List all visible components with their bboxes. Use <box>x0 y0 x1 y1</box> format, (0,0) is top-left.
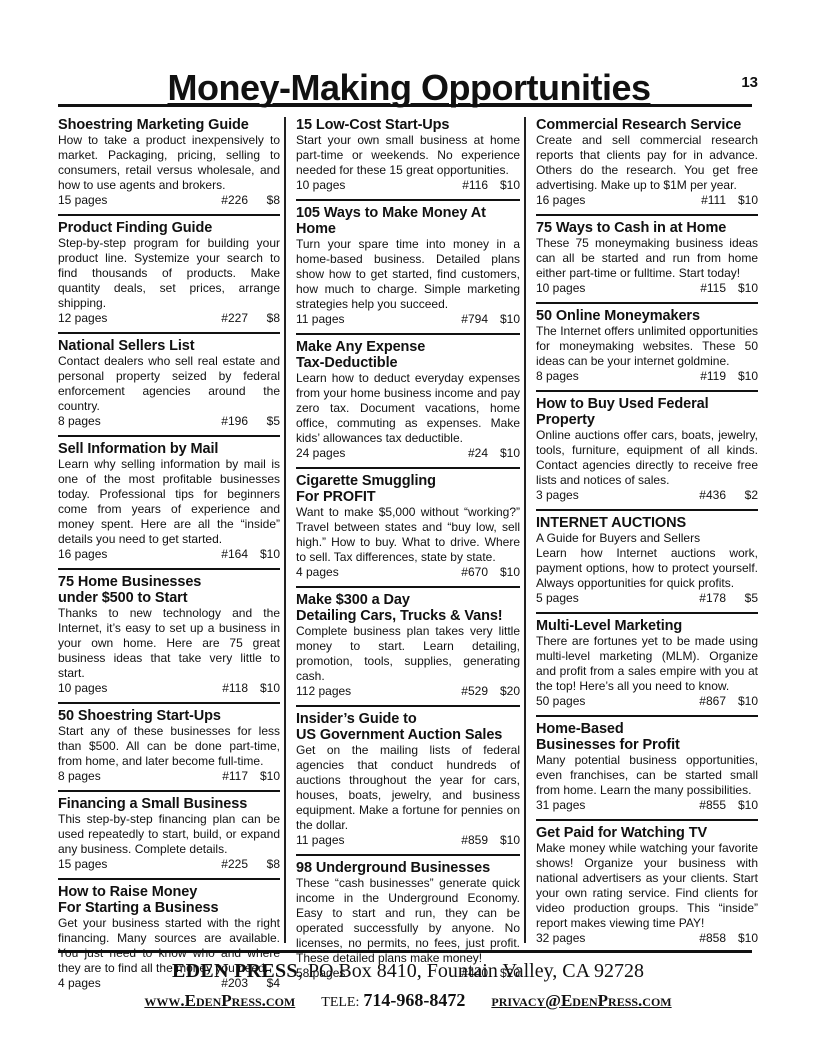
item-title: Multi-Level Marketing <box>536 618 758 634</box>
item-title: 75 Home Businesses under $500 to Start <box>58 574 280 606</box>
item-description: Make money while watching your favorite … <box>536 841 758 931</box>
item-price: $10 <box>726 369 758 384</box>
item-description: Many potential business opportunities, e… <box>536 753 758 798</box>
item-code: #855 <box>678 798 726 813</box>
catalog-item: 50 Online Moneymakers The Internet offer… <box>536 308 758 392</box>
item-code: #116 <box>440 178 488 193</box>
item-title: Commercial Research Service <box>536 117 758 133</box>
item-code: #117 <box>200 769 248 784</box>
item-meta: 12 pages #227 $8 <box>58 311 280 326</box>
item-description: Start any of these businesses for less t… <box>58 724 280 769</box>
item-price: $10 <box>488 312 520 327</box>
item-description: Get on the mailing lists of federal agen… <box>296 743 520 833</box>
item-page-count: 15 pages <box>58 857 200 872</box>
item-code: #529 <box>440 684 488 699</box>
catalog-item: Insider’s Guide to US Government Auction… <box>296 711 520 856</box>
item-code: #858 <box>678 931 726 946</box>
item-page-count: 24 pages <box>296 446 440 461</box>
column-2: 15 Low-Cost Start-Ups Start your own sma… <box>280 115 520 947</box>
item-description: How to take a product inexpensively to m… <box>58 133 280 193</box>
item-description: Complete business plan takes very little… <box>296 624 520 684</box>
item-page-count: 8 pages <box>536 369 678 384</box>
item-description: Turn your spare time into money in a hom… <box>296 237 520 312</box>
item-description: Contact dealers who sell real estate and… <box>58 354 280 414</box>
item-price: $10 <box>488 178 520 193</box>
item-page-count: 16 pages <box>536 193 678 208</box>
item-page-count: 15 pages <box>58 193 200 208</box>
item-title: Financing a Small Business <box>58 796 280 812</box>
item-price: $10 <box>248 769 280 784</box>
item-meta: 24 pages #24 $10 <box>296 446 520 461</box>
item-price: $2 <box>726 488 758 503</box>
page-title: Money-Making Opportunities <box>58 70 760 106</box>
item-meta: 5 pages #178 $5 <box>536 591 758 606</box>
catalog-item: Home-Based Businesses for Profit Many po… <box>536 721 758 821</box>
item-page-count: 5 pages <box>536 591 678 606</box>
item-title: Get Paid for Watching TV <box>536 825 758 841</box>
item-price: $8 <box>248 311 280 326</box>
catalog-item: Get Paid for Watching TV Make money whil… <box>536 825 758 952</box>
item-title: 105 Ways to Make Money At Home <box>296 205 520 237</box>
catalog-item: Cigarette Smuggling For PROFIT Want to m… <box>296 473 520 588</box>
item-title: Home-Based Businesses for Profit <box>536 721 758 753</box>
item-description: Learn how Internet auctions work, paymen… <box>536 546 758 591</box>
item-meta: 8 pages #119 $10 <box>536 369 758 384</box>
publisher-address-line: EDEN PRESS, PO Box 8410, Fountain Valley… <box>0 958 816 984</box>
item-code: #859 <box>440 833 488 848</box>
item-meta: 4 pages #670 $10 <box>296 565 520 580</box>
item-description: Learn why selling information by mail is… <box>58 457 280 547</box>
item-description: There are fortunes yet to be made using … <box>536 634 758 694</box>
item-meta: 11 pages #794 $10 <box>296 312 520 327</box>
item-meta: 3 pages #436 $2 <box>536 488 758 503</box>
catalog-item: 75 Home Businesses under $500 to Start T… <box>58 574 280 704</box>
item-code: #867 <box>678 694 726 709</box>
publisher-contact-line: www.EdenPress.com TELE: 714-968-8472 pri… <box>0 987 816 1016</box>
item-price: $10 <box>488 833 520 848</box>
item-title: Product Finding Guide <box>58 220 280 236</box>
catalog-item: Make $300 a Day Detailing Cars, Trucks &… <box>296 592 520 707</box>
item-description: These 75 moneymaking business ideas can … <box>536 236 758 281</box>
catalog-item: Financing a Small Business This step-by-… <box>58 796 280 880</box>
item-title: Make Any Expense Tax-Deductible <box>296 339 520 371</box>
item-description: Thanks to new technology and the Interne… <box>58 606 280 681</box>
phone-label: TELE: <box>321 995 359 1010</box>
publisher-name: EDEN PRESS <box>172 960 298 982</box>
column-3: Commercial Research Service Create and s… <box>520 115 758 947</box>
website-link[interactable]: www.EdenPress.com <box>144 991 295 1010</box>
item-page-count: 3 pages <box>536 488 678 503</box>
item-page-count: 16 pages <box>58 547 200 562</box>
column-1: Shoestring Marketing Guide How to take a… <box>58 115 280 947</box>
item-code: #118 <box>200 681 248 696</box>
item-code: #111 <box>678 193 726 208</box>
catalog-item: 15 Low-Cost Start-Ups Start your own sma… <box>296 117 520 201</box>
item-code: #670 <box>440 565 488 580</box>
item-code: #226 <box>200 193 248 208</box>
item-title: 50 Online Moneymakers <box>536 308 758 324</box>
item-price: $10 <box>488 565 520 580</box>
item-description: Start your own small business at home pa… <box>296 133 520 178</box>
item-title: National Sellers List <box>58 338 280 354</box>
item-title: 98 Underground Businesses <box>296 860 520 876</box>
item-meta: 112 pages #529 $20 <box>296 684 520 699</box>
item-code: #227 <box>200 311 248 326</box>
item-page-count: 8 pages <box>58 414 200 429</box>
item-page-count: 112 pages <box>296 684 440 699</box>
catalog-item: National Sellers List Contact dealers wh… <box>58 338 280 437</box>
item-code: #436 <box>678 488 726 503</box>
item-price: $10 <box>726 193 758 208</box>
item-description: Online auctions offer cars, boats, jewel… <box>536 428 758 488</box>
item-code: #24 <box>440 446 488 461</box>
item-code: #115 <box>678 281 726 296</box>
footer-rule <box>58 950 752 953</box>
item-code: #119 <box>678 369 726 384</box>
item-page-count: 10 pages <box>296 178 440 193</box>
catalog-item: Product Finding Guide Step-by-step progr… <box>58 220 280 334</box>
item-title: Insider’s Guide to US Government Auction… <box>296 711 520 743</box>
item-description: Learn how to deduct everyday expenses fr… <box>296 371 520 446</box>
item-code: #225 <box>200 857 248 872</box>
item-title: Shoestring Marketing Guide <box>58 117 280 133</box>
item-price: $10 <box>726 931 758 946</box>
item-page-count: 50 pages <box>536 694 678 709</box>
catalog-item: Sell Information by Mail Learn why selli… <box>58 441 280 570</box>
item-description: Step-by-step program for building your p… <box>58 236 280 311</box>
item-page-count: 12 pages <box>58 311 200 326</box>
item-price: $10 <box>488 446 520 461</box>
item-description: The Internet offers unlimited opportunit… <box>536 324 758 369</box>
item-price: $10 <box>248 547 280 562</box>
catalog-item: Shoestring Marketing Guide How to take a… <box>58 117 280 216</box>
header-rule <box>58 104 752 107</box>
catalog-item: Commercial Research Service Create and s… <box>536 117 758 216</box>
catalog-item: 50 Shoestring Start-Ups Start any of the… <box>58 708 280 792</box>
item-price: $10 <box>726 694 758 709</box>
item-price: $8 <box>248 857 280 872</box>
item-price: $8 <box>248 193 280 208</box>
item-price: $5 <box>248 414 280 429</box>
item-meta: 31 pages #855 $10 <box>536 798 758 813</box>
item-description: This step-by-step financing plan can be … <box>58 812 280 857</box>
item-title: INTERNET AUCTIONS <box>536 515 758 531</box>
item-title: 75 Ways to Cash in at Home <box>536 220 758 236</box>
item-title: How to Buy Used Federal Property <box>536 396 758 428</box>
item-meta: 32 pages #858 $10 <box>536 931 758 946</box>
item-meta: 16 pages #111 $10 <box>536 193 758 208</box>
catalog-item: INTERNET AUCTIONS A Guide for Buyers and… <box>536 515 758 614</box>
item-description: Create and sell commercial research repo… <box>536 133 758 193</box>
catalog-item: Multi-Level Marketing There are fortunes… <box>536 618 758 717</box>
phone-number: 714-968-8472 <box>363 990 465 1010</box>
catalog-item: 105 Ways to Make Money At Home Turn your… <box>296 205 520 335</box>
item-meta: 8 pages #117 $10 <box>58 769 280 784</box>
item-meta: 10 pages #118 $10 <box>58 681 280 696</box>
item-description: Want to make $5,000 without “working?” T… <box>296 505 520 565</box>
item-title: 50 Shoestring Start-Ups <box>58 708 280 724</box>
item-page-count: 10 pages <box>536 281 678 296</box>
item-title: Sell Information by Mail <box>58 441 280 457</box>
item-page-count: 10 pages <box>58 681 200 696</box>
page-header: Money-Making Opportunities 13 <box>58 66 760 106</box>
item-meta: 8 pages #196 $5 <box>58 414 280 429</box>
item-meta: 16 pages #164 $10 <box>58 547 280 562</box>
item-price: $20 <box>488 684 520 699</box>
item-meta: 15 pages #225 $8 <box>58 857 280 872</box>
item-page-count: 31 pages <box>536 798 678 813</box>
item-code: #164 <box>200 547 248 562</box>
publisher-address: , PO Box 8410, Fountain Valley, CA 92728 <box>298 960 644 982</box>
item-meta: 10 pages #116 $10 <box>296 178 520 193</box>
item-price: $5 <box>726 591 758 606</box>
item-meta: 50 pages #867 $10 <box>536 694 758 709</box>
item-subtitle: A Guide for Buyers and Sellers <box>536 531 758 546</box>
item-meta: 10 pages #115 $10 <box>536 281 758 296</box>
catalog-item: 75 Ways to Cash in at Home These 75 mone… <box>536 220 758 304</box>
catalog-item: How to Buy Used Federal Property Online … <box>536 396 758 511</box>
item-page-count: 32 pages <box>536 931 678 946</box>
item-title: Make $300 a Day Detailing Cars, Trucks &… <box>296 592 520 624</box>
email-link[interactable]: privacy@EdenPress.com <box>491 991 671 1010</box>
catalog-item: Make Any Expense Tax-Deductible Learn ho… <box>296 339 520 469</box>
item-title: 15 Low-Cost Start-Ups <box>296 117 520 133</box>
item-price: $10 <box>726 798 758 813</box>
item-price: $10 <box>726 281 758 296</box>
catalog-columns: Shoestring Marketing Guide How to take a… <box>58 115 758 947</box>
item-page-count: 11 pages <box>296 833 440 848</box>
publisher-footer: EDEN PRESS, PO Box 8410, Fountain Valley… <box>0 958 816 1016</box>
item-page-count: 8 pages <box>58 769 200 784</box>
item-price: $10 <box>248 681 280 696</box>
item-meta: 15 pages #226 $8 <box>58 193 280 208</box>
page-number: 13 <box>741 74 758 91</box>
item-title: Cigarette Smuggling For PROFIT <box>296 473 520 505</box>
item-title: How to Raise Money For Starting a Busine… <box>58 884 280 916</box>
item-page-count: 11 pages <box>296 312 440 327</box>
item-meta: 11 pages #859 $10 <box>296 833 520 848</box>
item-code: #178 <box>678 591 726 606</box>
item-page-count: 4 pages <box>296 565 440 580</box>
item-code: #794 <box>440 312 488 327</box>
item-code: #196 <box>200 414 248 429</box>
